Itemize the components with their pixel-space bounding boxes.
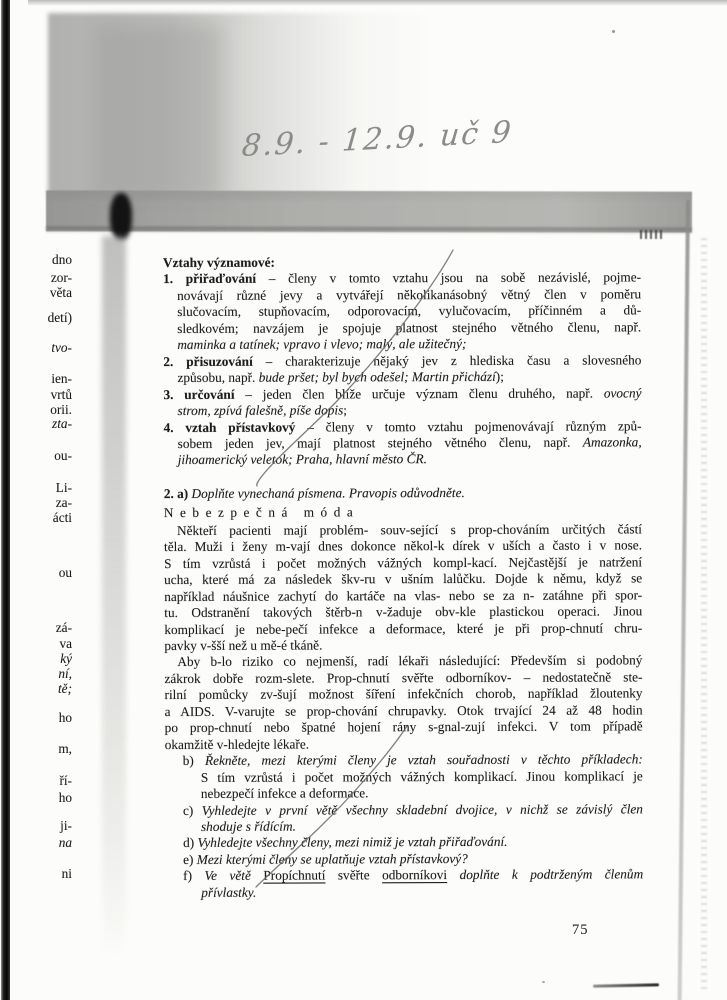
- margin-fragment: tě;: [40, 682, 72, 696]
- text-line: sobem jeden jev, mají platnost stejného …: [178, 434, 642, 452]
- margin-column: dnozor-větadetí)tvo-ien-vrtůorii.zta-ou-…: [0, 0, 76, 1000]
- text-line: strom, zpívá falešně, píše dopis;: [178, 401, 642, 419]
- margin-fragment: zá-: [40, 621, 72, 635]
- text-line: shoduje s řídícím.: [201, 817, 643, 835]
- margin-fragment: ří-: [40, 774, 72, 788]
- scan-corner-shadow: [48, 13, 448, 199]
- text-line: těla. Muži i ženy m-vají dnes dokonce ně…: [164, 538, 642, 556]
- text-line: a AIDS. V-varujte se prop-chování chrupa…: [165, 702, 643, 720]
- block-sub: d) Vyhledejte všechny členy, mezi nimiž …: [183, 834, 643, 852]
- text-line: Nebezpečná móda: [164, 504, 642, 522]
- block-li: 3. určování – jeden člen blíže určuje vý…: [163, 385, 641, 420]
- text-line: tu. Odstranění takových štěrb-n v-žaduje…: [164, 603, 642, 621]
- scan-top-edge-shadow: [28, 0, 727, 6]
- margin-fragment: ácti: [40, 511, 72, 525]
- text-line: 3. určování – jeden člen blíže určuje vý…: [177, 385, 641, 403]
- text-line: b) Řekněte, mezi kterými členy je vztah …: [201, 751, 643, 769]
- block-li: 2. přisuzování – charakterizuje nějaký j…: [163, 352, 641, 387]
- text-line: ucha, které má za následek škv-ru v ušní…: [164, 570, 642, 588]
- scan-black-smudge: [110, 193, 132, 240]
- text-line: jihoamerický veletok; Praha, hlavní měst…: [178, 451, 642, 469]
- text-line: zákrok dobře rozm-slete. Prop-chnutí svě…: [164, 669, 642, 687]
- text-line: novávají různé jevy a vytvářejí několika…: [177, 286, 641, 304]
- margin-fragment: Li-: [40, 481, 72, 495]
- scanned-page: { "scan": { "handwriting_note": "8.9. - …: [0, 0, 727, 1000]
- block-li: 4. vztah přístavkový – členy v tomto vzt…: [164, 418, 642, 469]
- block-sub: b) Řekněte, mezi kterými členy je vztah …: [183, 751, 643, 802]
- margin-fragment: dno: [40, 253, 72, 267]
- margin-fragment: ou: [40, 566, 72, 580]
- margin-fragment: va: [40, 637, 72, 651]
- margin-fragment: věta: [40, 286, 72, 300]
- text-line: 2. přisuzování – charakterizuje nějaký j…: [177, 352, 641, 370]
- page-edge-line: [678, 200, 690, 1000]
- page-fold-streak: [102, 236, 126, 958]
- scan-speck: [542, 981, 545, 983]
- page-number: 75: [572, 922, 589, 939]
- margin-fragment: vrtů: [40, 388, 72, 402]
- block-p: Aby b-lo riziko co nejmenší, radí lékaři…: [164, 653, 642, 753]
- text-line: S tím vzrůstá i počet možných vážných ko…: [201, 768, 643, 786]
- text-line: Někteří pacienti mají problém- souv-sejí…: [164, 521, 642, 539]
- text-line: přívlastky.: [201, 883, 643, 901]
- margin-fragment: orii.: [40, 403, 72, 417]
- margin-fragment: ji-: [40, 819, 72, 833]
- text-line: maminka a tatínek; vpravo i vlevo; malý,…: [177, 336, 641, 354]
- margin-fragment: ký: [40, 652, 72, 666]
- text-line: nebezpečí infekce a deformace.: [201, 784, 643, 802]
- block-ex: 2. a) Doplňte vynechaná písmena. Pravopi…: [164, 484, 642, 502]
- margin-fragment: zta-: [40, 417, 72, 431]
- text-line: f) Ve větě Propíchnutí svěřte odborníkov…: [201, 867, 643, 885]
- text-line: S tím vzrůstá i počet možných vážných ko…: [164, 554, 642, 572]
- block-p: Někteří pacienti mají problém- souv-sejí…: [164, 521, 642, 654]
- block-sub: f) Ve větě Propíchnutí svěřte odborníkov…: [183, 867, 643, 902]
- text-line: například náušnice zachytí do kartáče na…: [164, 587, 642, 605]
- text-line: 1. přiřaďování – členy v tomto vztahu js…: [177, 270, 641, 288]
- margin-fragment: ho: [40, 791, 72, 805]
- margin-fragment: na: [40, 836, 72, 850]
- margin-fragment: ou-: [40, 449, 72, 463]
- block-sub: e) Mezi kterými členy se uplatňuje vztah…: [183, 850, 643, 868]
- text-line: způsobu, např. bude pršet; byl bych odeš…: [177, 369, 641, 387]
- text-line: 2. a) Doplňte vynechaná písmena. Pravopi…: [164, 484, 642, 502]
- margin-fragment: ho: [40, 711, 72, 725]
- text-line: c) Vyhledejte v první větě všechny sklad…: [201, 801, 643, 819]
- margin-fragment: ni: [40, 867, 72, 881]
- text-line: sledkovém; navzájem je spojuje platnost …: [177, 319, 641, 337]
- text-line: okamžitě v-hledejte lékaře.: [165, 735, 643, 753]
- margin-fragment: detí): [40, 311, 72, 325]
- margin-fragment: m,: [40, 742, 72, 756]
- scan-speck: [612, 30, 615, 33]
- text-line: po prop-chnutí nebo špatné hojení rány s…: [165, 719, 643, 737]
- page-edge-texture: [701, 238, 707, 994]
- text-line: slučovacím, stupňovacím, odporovacím, vy…: [177, 303, 641, 321]
- text-line: rilní pomůcky zv-šují možnost šíření inf…: [165, 686, 643, 704]
- block-spaced: Nebezpečná móda: [164, 504, 642, 522]
- text-line: e) Mezi kterými členy se uplatňuje vztah…: [201, 850, 643, 868]
- margin-fragment: ien-: [40, 372, 72, 386]
- text-line: pavky v-šší než u mě-é tkáně.: [164, 636, 642, 654]
- bottom-pen-dash: [593, 983, 659, 987]
- margin-fragment: zor-: [40, 271, 72, 285]
- margin-fragment: ní,: [40, 667, 72, 681]
- text-block: Vztahy významové:1. přiřaďování – členy …: [163, 253, 643, 901]
- band-corner-ticks: [640, 230, 664, 239]
- block-li: 1. přiřaďování – členy v tomto vztahu js…: [163, 270, 641, 354]
- block-sub: c) Vyhledejte v první větě všechny sklad…: [183, 801, 643, 836]
- text-line: 4. vztah přístavkový – členy v tomto vzt…: [178, 418, 642, 436]
- scan-gray-band: [46, 190, 692, 232]
- text-line: komplikací je nebe-pečí infekce a deform…: [164, 620, 642, 638]
- text-line: d) Vyhledejte všechny členy, mezi nimiž …: [201, 834, 643, 852]
- text-line: Aby b-lo riziko co nejmenší, radí lékaři…: [164, 653, 642, 671]
- block-heading: Vztahy významové:: [163, 253, 641, 271]
- margin-fragment: tvo-: [40, 341, 72, 355]
- text-line: Vztahy významové:: [163, 253, 641, 271]
- margin-fragment: za-: [40, 496, 72, 510]
